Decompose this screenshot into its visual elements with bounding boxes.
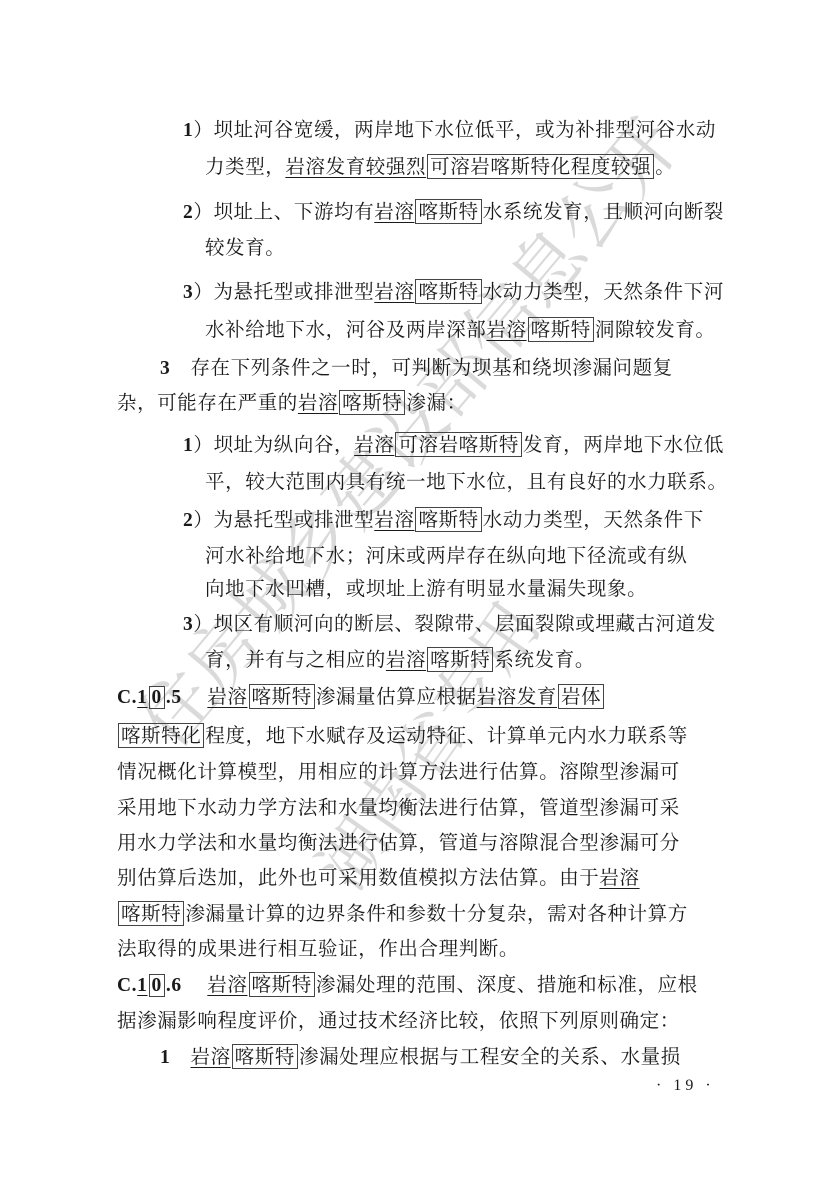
page-number: · 19 · xyxy=(656,1077,715,1095)
deleted-text: 岩溶 xyxy=(354,433,394,456)
text-run: 渗漏量估算应根据 xyxy=(316,685,477,708)
inserted-text: 喀斯特化 xyxy=(118,723,204,748)
text-line: 力类型，岩溶发育较强烈可溶岩喀斯特化程度较强。 xyxy=(205,154,675,180)
clause-number: 2 xyxy=(183,510,193,531)
text-run: 水系统发育，且顺河向断裂 xyxy=(483,200,724,223)
deleted-text: 岩溶 xyxy=(486,318,526,341)
text-line: 喀斯特渗漏量计算的边界条件和参数十分复杂，需对各种计算方 xyxy=(117,901,688,927)
text-run: 系统发育。 xyxy=(494,648,595,671)
clause-number: 1 xyxy=(160,1047,170,1068)
text-run: 情况概化计算模型，用相应的计算方法进行估算。溶隙型渗漏可 xyxy=(117,760,680,783)
inserted-text: 喀斯特 xyxy=(415,199,481,224)
text-line: 育，并有与之相应的岩溶喀斯特系统发育。 xyxy=(205,647,595,673)
deleted-text: 岩溶 xyxy=(374,508,414,531)
text-run: 渗漏： xyxy=(406,391,466,414)
text-run: 用水力学法和水量均衡法进行估算，管道与溶隙混合型渗漏可分 xyxy=(117,831,680,854)
text-run: 别估算后迭加，此外也可采用数值模拟方法估算。由于 xyxy=(117,866,599,889)
text-line: 情况概化计算模型，用相应的计算方法进行估算。溶隙型渗漏可 xyxy=(117,759,680,785)
text-run: 育，并有与之相应的 xyxy=(205,648,386,671)
text-line: 据渗漏影响程度评价，通过技术经济比较，依照下列原则确定： xyxy=(117,1008,680,1034)
inserted-text: 喀斯特 xyxy=(528,317,594,342)
inserted-text: 0 xyxy=(149,686,165,709)
inserted-text: 喀斯特 xyxy=(232,1044,298,1069)
text-run: 采用地下水动力学方法和水量均衡法进行估算，管道型渗漏可采 xyxy=(117,796,680,819)
deleted-text: 岩溶 xyxy=(374,280,414,303)
text-line: 2）坝址上、下游均有岩溶喀斯特水系统发育，且顺河向断裂 xyxy=(183,199,724,226)
inserted-text: 喀斯特 xyxy=(415,507,481,532)
text-run: 程度，地下水赋存及运动特征、计算单元内水力联系等 xyxy=(205,724,687,747)
text-line: 用水力学法和水量均衡法进行估算，管道与溶隙混合型渗漏可分 xyxy=(117,830,680,856)
clause-number: 1 xyxy=(183,435,193,456)
deleted-text: 岩溶发育较强烈 xyxy=(285,155,426,178)
text-run: 力类型， xyxy=(205,155,285,178)
inserted-text: 喀斯特 xyxy=(249,684,315,709)
text-line: 1）坝址河谷宽缓，两岸地下水位低平，或为补排型河谷水动 xyxy=(183,117,716,144)
inserted-text: 岩体 xyxy=(558,684,604,709)
deleted-text: 岩溶 xyxy=(374,200,414,223)
text-line: 采用地下水动力学方法和水量均衡法进行估算，管道型渗漏可采 xyxy=(117,795,680,821)
text-run: ）坝址为纵向谷， xyxy=(193,433,354,456)
text-run: 渗漏处理应根据与工程安全的关系、水量损 xyxy=(299,1045,681,1068)
text-run: ）为悬托型或排泄型 xyxy=(193,280,374,303)
inserted-text: 喀斯特 xyxy=(415,279,481,304)
text-run: 平，较大范围内具有统一地下水位，且有良好的水力联系。 xyxy=(205,470,728,493)
deleted-text: 岩溶 xyxy=(207,685,247,708)
inserted-text: 0 xyxy=(149,974,165,997)
text-run: 向地下水凹槽，或坝址上游有明显水量漏失现象。 xyxy=(205,577,647,600)
text-line: 平，较大范围内具有统一地下水位，且有良好的水力联系。 xyxy=(205,469,728,495)
clause-number: .5 xyxy=(166,687,207,708)
text-run: 法取得的成果进行相互验证，作出合理判断。 xyxy=(117,937,519,960)
inserted-text: 喀斯特 xyxy=(249,972,315,997)
text-line: 较发育。 xyxy=(205,235,285,261)
text-line: 3 存在下列条件之一时，可判断为坝基和绕坝渗漏问题复 xyxy=(160,355,673,382)
text-run: ）坝址上、下游均有 xyxy=(193,200,374,223)
text-run xyxy=(170,1045,190,1068)
clause-number: 3 xyxy=(183,614,193,635)
deleted-text: 1 xyxy=(137,687,147,708)
text-line: 法取得的成果进行相互验证，作出合理判断。 xyxy=(117,936,519,962)
text-line: 3）坝区有顺河向的断层、裂隙带、层面裂隙或埋藏古河道发 xyxy=(183,611,716,638)
text-run: 水动力类型，天然条件下河 xyxy=(483,280,724,303)
deleted-text: 岩溶 xyxy=(190,1045,230,1068)
inserted-text: 喀斯特 xyxy=(339,390,405,415)
text-run: ）坝区有顺河向的断层、裂隙带、层面裂隙或埋藏古河道发 xyxy=(193,612,716,635)
clause-number: C. xyxy=(117,975,137,996)
deleted-text: 岩溶发育 xyxy=(477,685,557,708)
text-run: 杂，可能存在严重的 xyxy=(117,391,298,414)
text-run: 存在下列条件之一时，可判断为坝基和绕坝渗漏问题复 xyxy=(170,356,673,379)
text-line: C.10.5 岩溶喀斯特渗漏量估算应根据岩溶发育岩体 xyxy=(117,684,605,711)
clause-number: 1 xyxy=(183,120,193,141)
text-run: 据渗漏影响程度评价，通过技术经济比较，依照下列原则确定： xyxy=(117,1009,680,1032)
text-line: 河水补给地下水；河床或两岸存在纵向地下径流或有纵 xyxy=(205,543,687,569)
text-line: 3）为悬托型或排泄型岩溶喀斯特水动力类型，天然条件下河 xyxy=(183,279,724,306)
clause-number: C. xyxy=(117,687,137,708)
deleted-text: 1 xyxy=(137,975,147,996)
text-line: 别估算后迭加，此外也可采用数值模拟方法估算。由于岩溶 xyxy=(117,865,640,891)
inserted-text: 喀斯特 xyxy=(118,901,184,926)
inserted-text: 可溶岩喀斯特 xyxy=(395,432,522,457)
deleted-text: 岩溶 xyxy=(599,866,639,889)
text-line: 1 岩溶喀斯特渗漏处理应根据与工程安全的关系、水量损 xyxy=(160,1044,681,1071)
text-run: ）为悬托型或排泄型 xyxy=(193,508,374,531)
inserted-text: 喀斯特 xyxy=(427,647,493,672)
text-run: 渗漏量计算的边界条件和参数十分复杂，需对各种计算方 xyxy=(185,902,688,925)
text-line: 2）为悬托型或排泄型岩溶喀斯特水动力类型，天然条件下 xyxy=(183,507,704,534)
document-page: 住房城乡建设部信息公开 湖南省专用 1）坝址河谷宽缓，两岸地下水位低平，或为补排… xyxy=(0,0,827,1199)
text-run: 渗漏处理的范围、深度、措施和标准，应根 xyxy=(316,973,698,996)
text-line: 1）坝址为纵向谷，岩溶可溶岩喀斯特发育，两岸地下水位低 xyxy=(183,432,724,459)
text-run: ）坝址河谷宽缓，两岸地下水位低平，或为补排型河谷水动 xyxy=(193,118,716,141)
text-line: 杂，可能存在严重的岩溶喀斯特渗漏： xyxy=(117,390,467,416)
deleted-text: 岩溶 xyxy=(298,391,338,414)
text-run: 较发育。 xyxy=(205,236,285,259)
clause-number: 3 xyxy=(183,282,193,303)
text-line: 喀斯特化程度，地下水赋存及运动特征、计算单元内水力联系等 xyxy=(117,723,688,749)
text-line: C.10.6 岩溶喀斯特渗漏处理的范围、深度、措施和标准，应根 xyxy=(117,972,698,999)
text-run: 。 xyxy=(655,155,675,178)
text-run: 发育，两岸地下水位低 xyxy=(523,433,724,456)
inserted-text: 可溶岩喀斯特化程度较强 xyxy=(427,154,654,179)
text-line: 水补给地下水，河谷及两岸深部岩溶喀斯特洞隙较发育。 xyxy=(205,317,716,343)
text-run: 水动力类型，天然条件下 xyxy=(483,508,704,531)
deleted-text: 岩溶 xyxy=(386,648,426,671)
text-run: 河水补给地下水；河床或两岸存在纵向地下径流或有纵 xyxy=(205,544,687,567)
deleted-text: 岩溶 xyxy=(207,973,247,996)
text-run: 水补给地下水，河谷及两岸深部 xyxy=(205,318,486,341)
text-run: 洞隙较发育。 xyxy=(595,318,716,341)
text-line: 向地下水凹槽，或坝址上游有明显水量漏失现象。 xyxy=(205,576,647,602)
clause-number: 3 xyxy=(160,358,170,379)
clause-number: 2 xyxy=(183,202,193,223)
clause-number: .6 xyxy=(166,975,207,996)
